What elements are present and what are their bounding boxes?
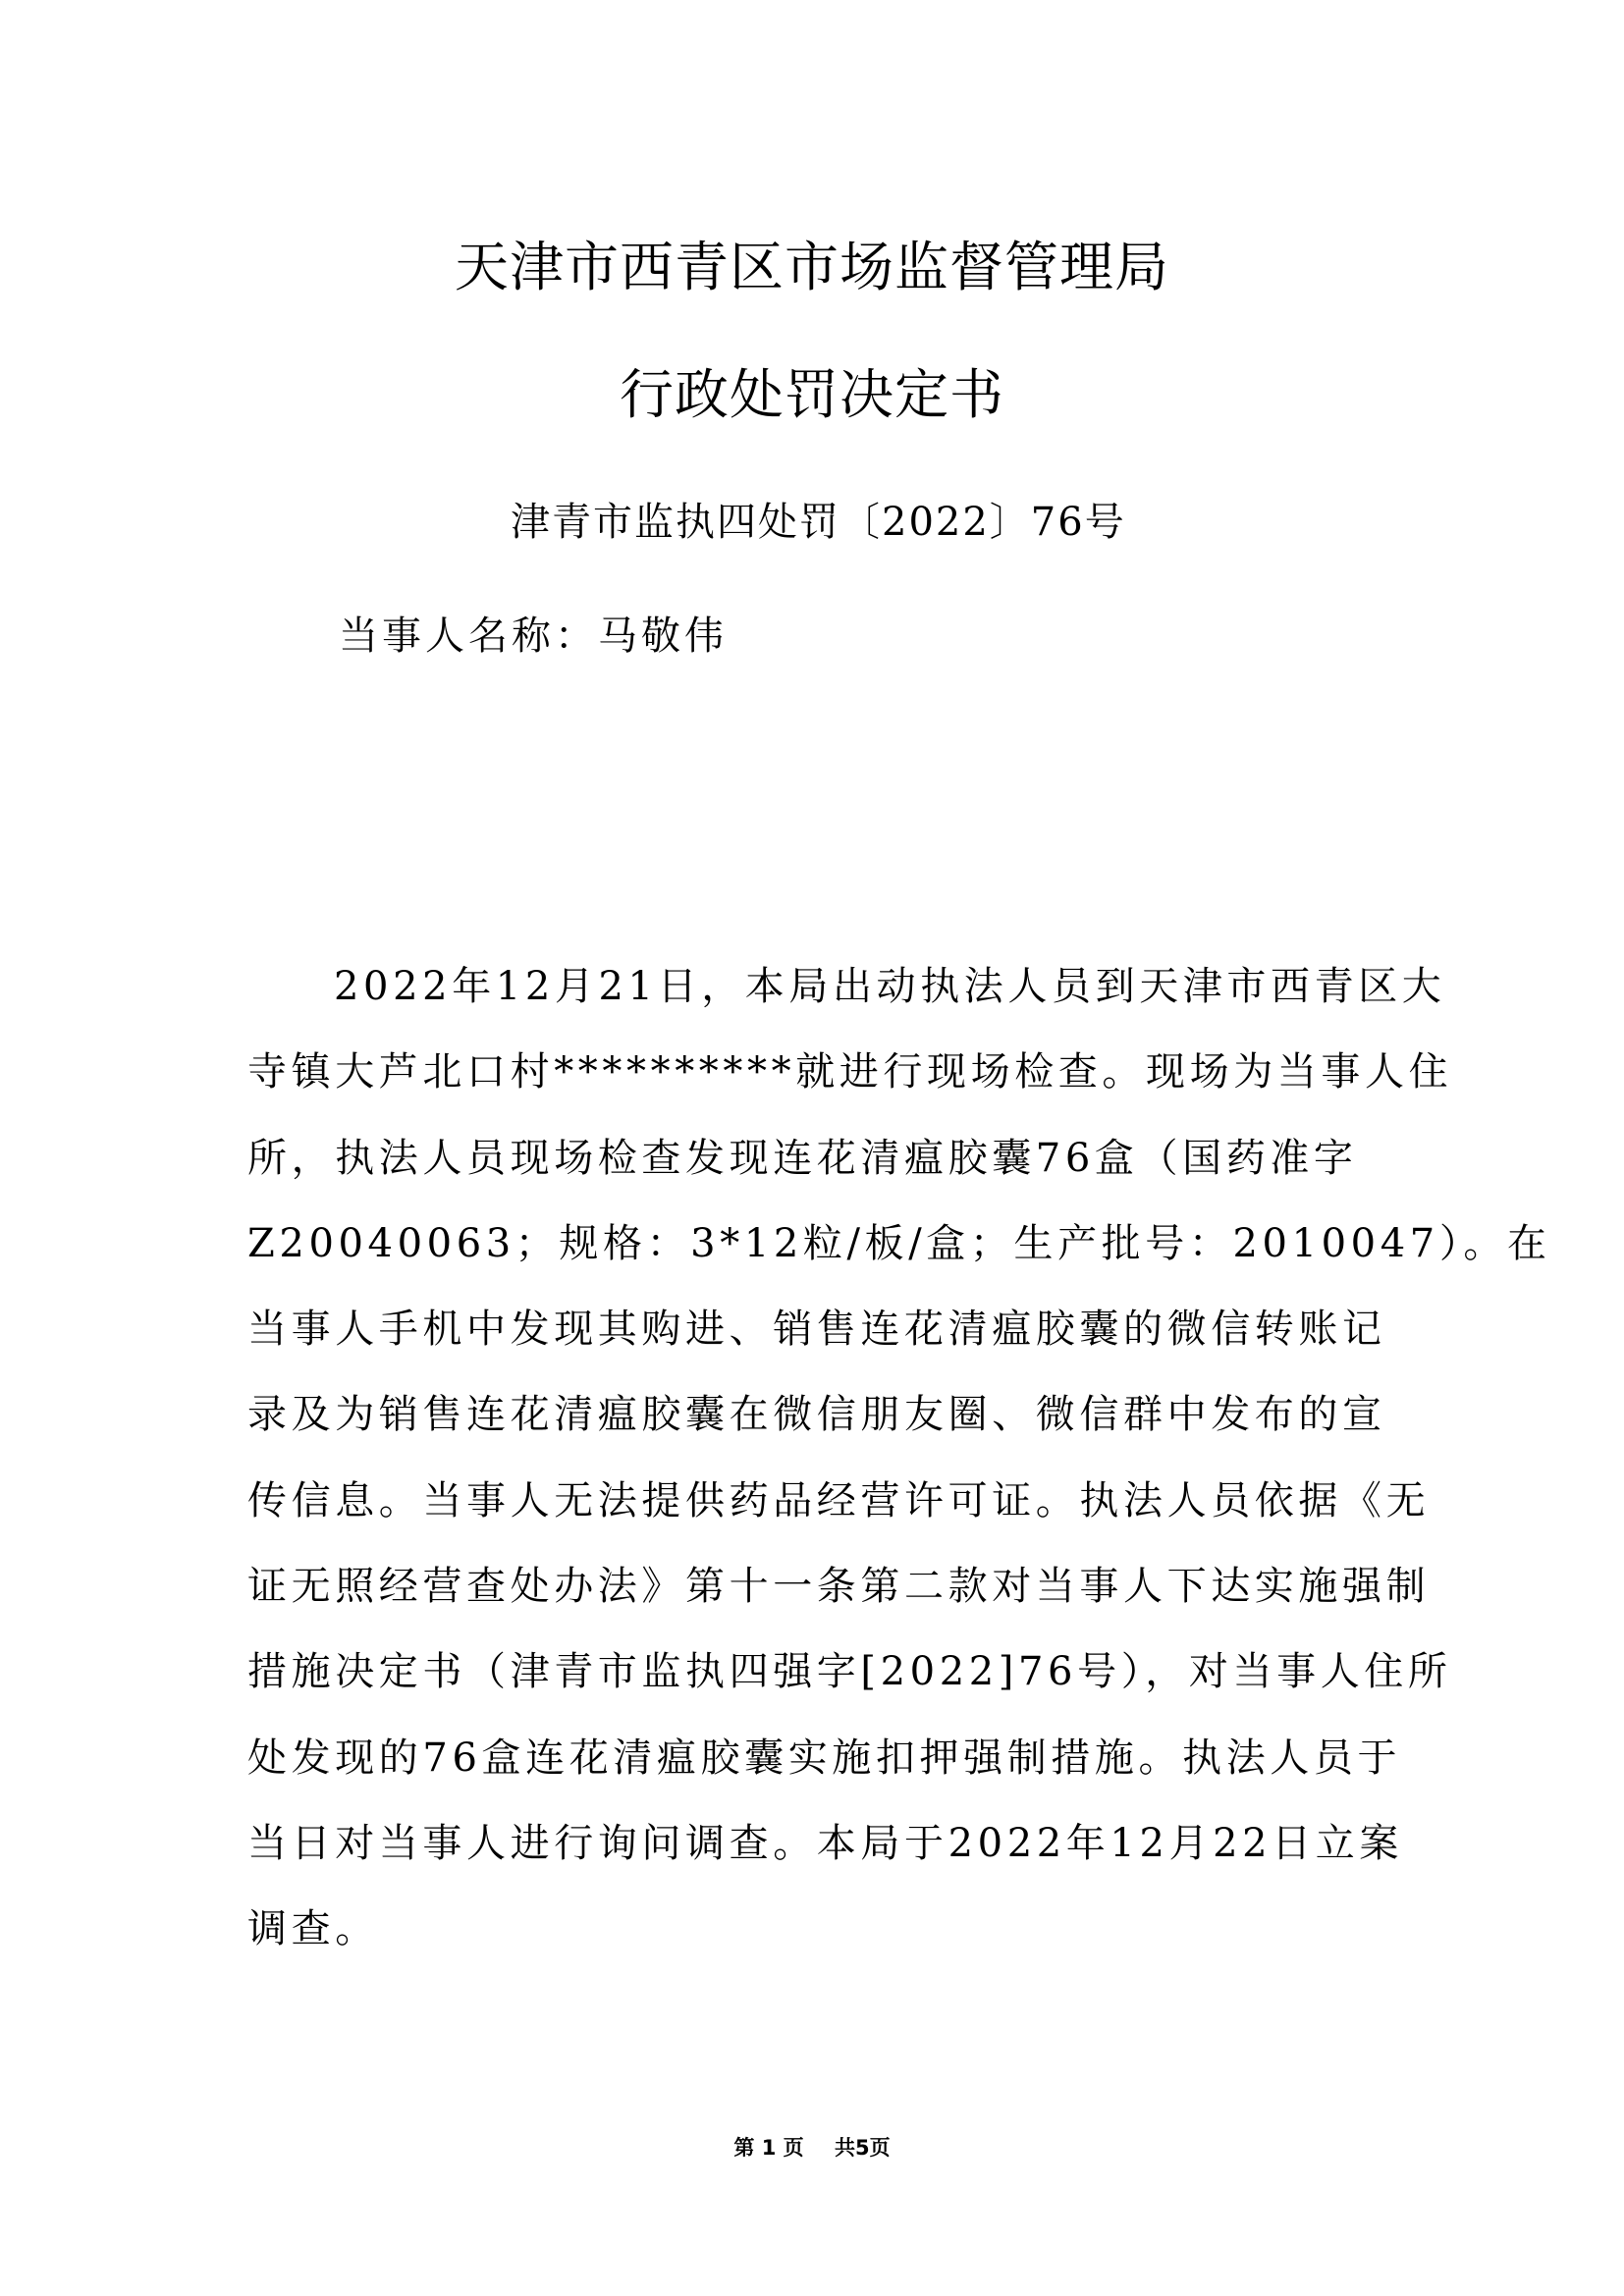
body-line: 所，执法人员现场检查发现连花清瘟胶囊76盒（国药准字	[247, 1116, 1437, 1201]
party-label: 当事人名称：	[339, 614, 598, 659]
issuing-authority-title: 天津市西青区市场监督管理局	[0, 224, 1624, 301]
document-number: 津青市监执四处罚〔2022〕76号	[511, 491, 1126, 547]
party-name-row: 当事人名称：马敬伟	[339, 605, 728, 661]
page-total: 共5页	[835, 2136, 891, 2160]
body-line: 寺镇大芦北口村**********就进行现场检查。现场为当事人住	[247, 1030, 1437, 1115]
body-line: 2022年12月21日，本局出动执法人员到天津市西青区大	[247, 944, 1437, 1030]
body-line: 传信息。当事人无法提供药品经营许可证。执法人员依据《无	[247, 1459, 1437, 1544]
page-number: 第 1 页	[733, 2136, 803, 2160]
body-line: 录及为销售连花清瘟胶囊在微信朋友圈、微信群中发布的宣	[247, 1372, 1437, 1458]
body-line: 当日对当事人进行询问调查。本局于2022年12月22日立案	[247, 1801, 1437, 1887]
body-line: 措施决定书（津青市监执四强字[2022]76号），对当事人住所	[247, 1629, 1437, 1715]
body-line: 当事人手机中发现其购进、销售连花清瘟胶囊的微信转账记	[247, 1287, 1437, 1372]
party-name: 马敬伟	[598, 614, 728, 659]
body-paragraph: 2022年12月21日，本局出动执法人员到天津市西青区大 寺镇大芦北口村****…	[247, 944, 1437, 1973]
body-line: 证无照经营查处办法》第十一条第二款对当事人下达实施强制	[247, 1544, 1437, 1629]
body-line: 调查。	[247, 1887, 1437, 1972]
page-footer: 第 1 页 共5页	[0, 2132, 1624, 2162]
document-type-title: 行政处罚决定书	[0, 351, 1624, 429]
body-line: Z20040063；规格：3*12粒/板/盒；生产批号：2010047）。在	[247, 1201, 1437, 1287]
body-line: 处发现的76盒连花清瘟胶囊实施扣押强制措施。执法人员于	[247, 1716, 1437, 1801]
